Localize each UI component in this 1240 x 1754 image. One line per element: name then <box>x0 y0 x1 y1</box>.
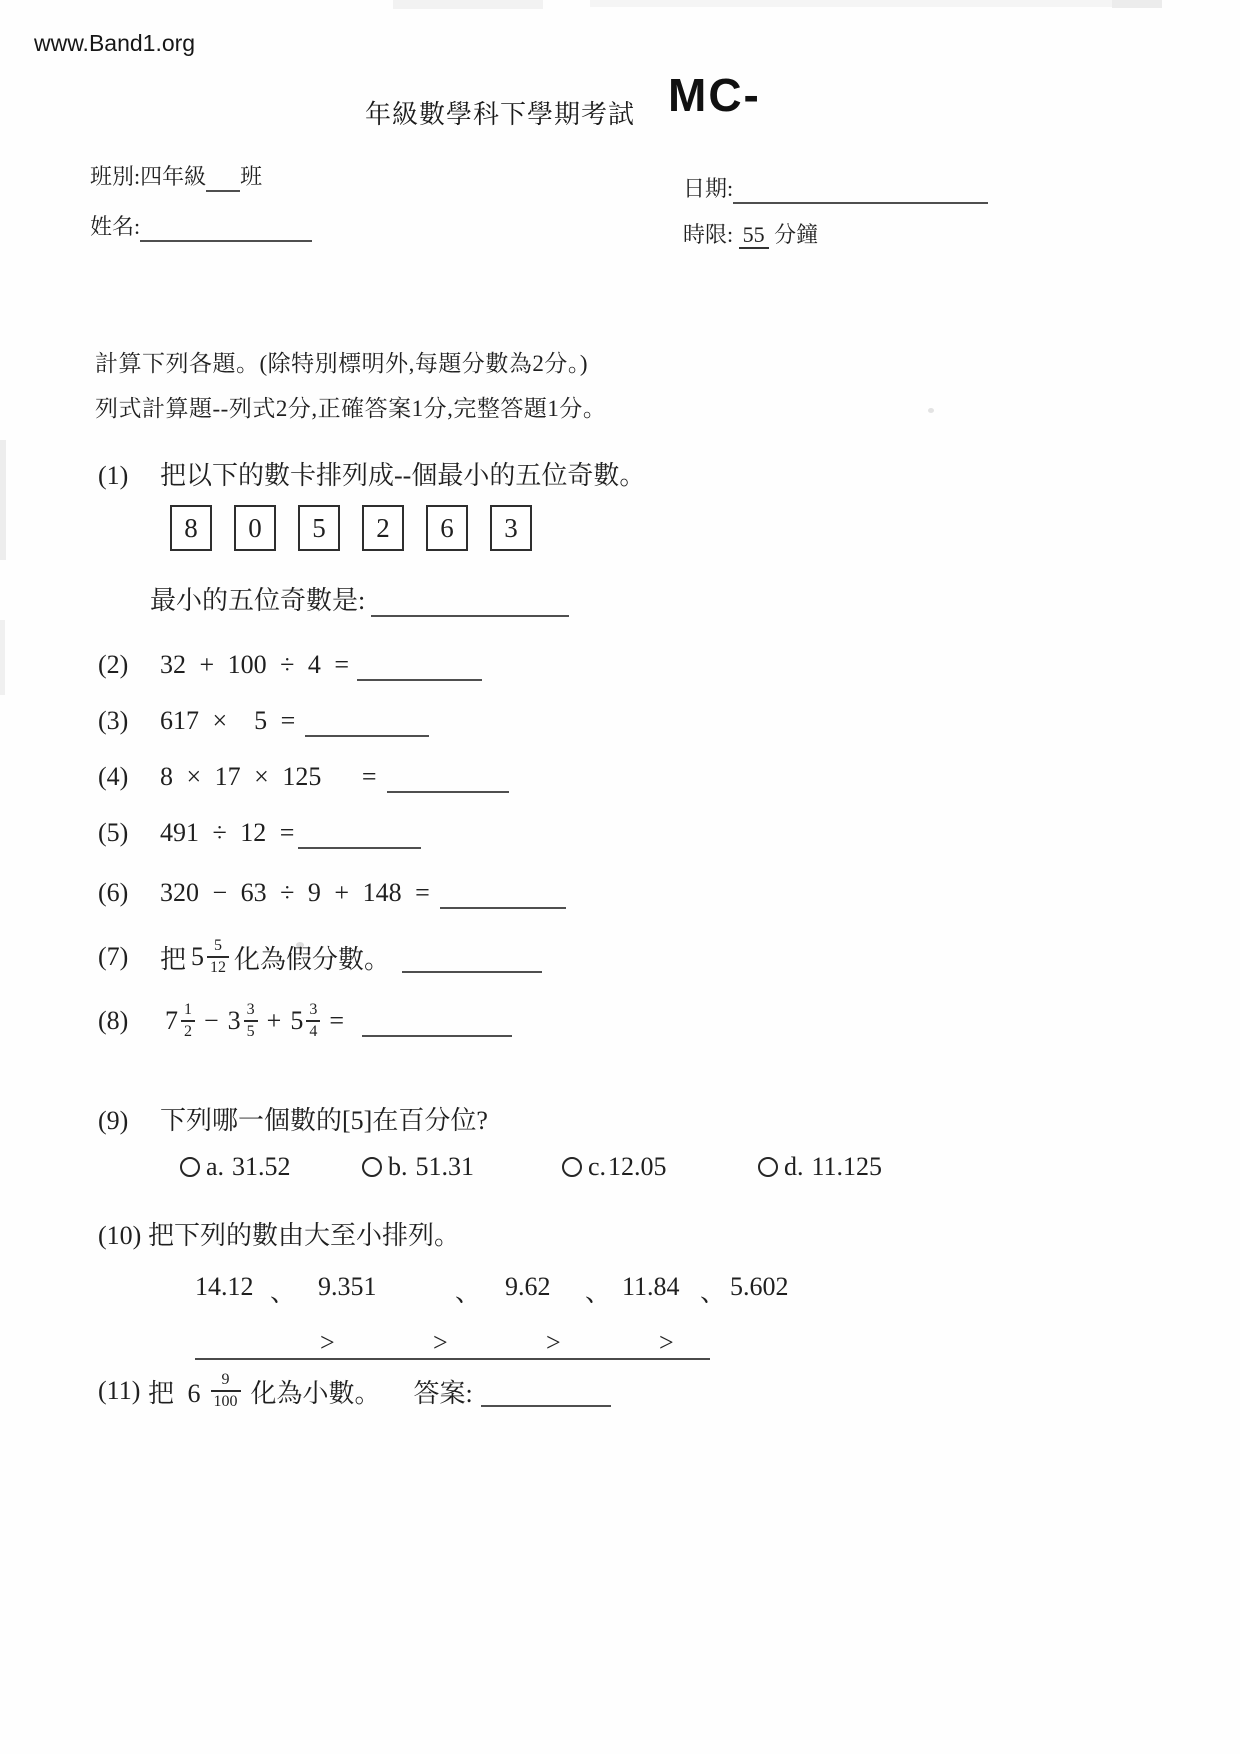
option-c: c.12.05 <box>562 1152 667 1182</box>
fraction-numerator: 3 <box>306 1002 320 1020</box>
fraction-denominator: 12 <box>207 956 229 976</box>
time-limit-unit: 分鐘 <box>774 222 818 247</box>
question-1-text: 把以下的數卡排列成--個最小的五位奇數。 <box>160 461 645 490</box>
fraction-denominator: 2 <box>181 1020 195 1040</box>
question-1-answer-row: 最小的五位奇數是: <box>150 580 569 617</box>
fraction-denominator: 4 <box>306 1020 320 1040</box>
fraction-numerator: 9 <box>219 1372 233 1390</box>
mixed-number: 7 1 2 <box>165 1002 195 1040</box>
number-value: 14.12 <box>195 1272 254 1302</box>
answer-blank <box>195 1358 710 1360</box>
mixed-number: 5 3 4 <box>290 1002 320 1040</box>
whole-number: 7 <box>165 1006 178 1036</box>
question-1: (1)把以下的數卡排列成--個最小的五位奇數。 <box>98 455 645 492</box>
radio-circle-icon <box>758 1157 778 1177</box>
option-b-label: b. <box>388 1152 408 1181</box>
answer-blank <box>298 837 421 849</box>
question-7-prefix: 把 <box>160 939 186 976</box>
question-4-expression: 8 × 17 × 125 = <box>160 762 377 791</box>
answer-blank <box>481 1395 611 1407</box>
question-6: (6)320 − 63 ÷ 9 + 148 = <box>98 878 566 909</box>
question-6-number: (6) <box>98 878 160 908</box>
answer-blank <box>305 725 429 737</box>
question-7: (7) 把 5 5 12 化為假分數。 <box>98 938 542 976</box>
option-b: b.51.31 <box>362 1152 474 1182</box>
enumeration-comma: 、 <box>585 1272 611 1309</box>
class-row: 班別:四年級班 <box>90 160 262 192</box>
fraction: 1 2 <box>181 1002 195 1040</box>
fraction: 3 5 <box>244 1002 258 1040</box>
question-10-number: (10) <box>98 1221 148 1251</box>
greater-than-sign: > <box>546 1328 561 1358</box>
option-a-label: a. <box>206 1152 224 1181</box>
number-value: 9.351 <box>318 1272 377 1302</box>
question-5-number: (5) <box>98 818 160 848</box>
option-c-label: c. <box>588 1152 606 1181</box>
fraction: 9 100 <box>211 1372 241 1410</box>
fraction-denominator: 100 <box>211 1390 241 1410</box>
time-limit-label: 時限: <box>683 222 733 247</box>
question-6-expression: 320 − 63 ÷ 9 + 148 = <box>160 878 430 907</box>
plus-operator: + <box>267 1006 282 1036</box>
enumeration-comma: 、 <box>455 1272 481 1309</box>
question-11-suffix: 化為小數。 <box>251 1373 381 1410</box>
question-8: (8) 7 1 2 − 3 3 5 + 5 3 4 = <box>98 1002 512 1040</box>
whole-number: 3 <box>228 1006 241 1036</box>
answer-blank <box>371 605 569 617</box>
question-4-number: (4) <box>98 762 160 792</box>
question-9-text: 下列哪一個數的[5]在百分位? <box>160 1106 488 1135</box>
question-2: (2)32 + 100 ÷ 4 = <box>98 650 482 681</box>
option-d: d.11.125 <box>758 1152 882 1182</box>
question-2-number: (2) <box>98 650 160 680</box>
question-1-number: (1) <box>98 461 160 491</box>
question-3-number: (3) <box>98 706 160 736</box>
number-card: 0 <box>234 505 276 551</box>
equals-sign: = <box>329 1006 344 1036</box>
question-11-prefix: 把 6 <box>148 1373 201 1410</box>
number-cards: 8 0 5 2 6 3 <box>170 505 532 551</box>
number-card: 3 <box>490 505 532 551</box>
answer-blank <box>362 1025 512 1037</box>
date-row: 日期: <box>683 172 988 204</box>
instruction-line-1: 計算下列各題。(除特別標明外,每題分數為2分。) <box>95 345 588 378</box>
greater-than-sign: > <box>433 1328 448 1358</box>
mixed-number: 3 3 5 <box>228 1002 258 1040</box>
whole-number: 5 <box>290 1006 303 1036</box>
page-title: 年級數學科下學期考試 <box>365 94 635 131</box>
question-5: (5)491 ÷ 12 = <box>98 818 421 849</box>
option-c-value: 12.05 <box>608 1152 667 1181</box>
answer-blank <box>357 669 482 681</box>
question-4: (4)8 × 17 × 125 = <box>98 762 509 793</box>
question-11-answer-label: 答案: <box>414 1373 473 1410</box>
question-8-number: (8) <box>98 1006 160 1036</box>
number-card: 6 <box>426 505 468 551</box>
whole-number: 5 <box>191 942 204 972</box>
question-3: (3)617 × 5 = <box>98 706 429 737</box>
number-card: 2 <box>362 505 404 551</box>
fraction: 5 12 <box>207 938 229 976</box>
radio-circle-icon <box>180 1157 200 1177</box>
fraction-denominator: 5 <box>244 1020 258 1040</box>
greater-than-sign: > <box>320 1328 335 1358</box>
question-11-number: (11) <box>98 1376 148 1406</box>
question-3-expression: 617 × 5 = <box>160 706 295 735</box>
scan-artifact <box>590 0 1135 7</box>
number-value: 5.602 <box>730 1272 789 1302</box>
name-blank <box>140 230 312 242</box>
option-d-label: d. <box>784 1152 804 1181</box>
scan-speck <box>928 408 934 413</box>
question-11: (11) 把 6 9 100 化為小數。 答案: <box>98 1372 611 1410</box>
option-d-value: 11.125 <box>812 1152 883 1181</box>
enumeration-comma: 、 <box>700 1272 726 1309</box>
site-url: www.Band1.org <box>34 30 195 57</box>
question-1-answer-label: 最小的五位奇數是: <box>150 586 365 615</box>
greater-than-sign: > <box>659 1328 674 1358</box>
question-5-expression: 491 ÷ 12 = <box>160 818 294 847</box>
name-row: 姓名: <box>90 210 312 242</box>
question-7-suffix: 化為假分數。 <box>234 939 390 976</box>
question-9: (9)下列哪一個數的[5]在百分位? <box>98 1100 488 1137</box>
number-card: 8 <box>170 505 212 551</box>
class-label: 班別:四年級 <box>90 164 206 189</box>
answer-blank <box>440 897 566 909</box>
number-value: 11.84 <box>622 1272 680 1302</box>
exam-code: MC- <box>668 68 761 122</box>
fraction-numerator: 3 <box>244 1002 258 1020</box>
scan-artifact <box>0 620 5 695</box>
radio-circle-icon <box>562 1157 582 1177</box>
number-value: 9.62 <box>505 1272 551 1302</box>
enumeration-comma: 、 <box>270 1272 296 1309</box>
scan-artifact <box>393 0 543 9</box>
date-blank <box>733 192 988 204</box>
question-10: (10)把下列的數由大至小排列。 <box>98 1215 460 1252</box>
option-a-value: 31.52 <box>232 1152 291 1181</box>
exam-paper-page: www.Band1.org 年級數學科下學期考試 MC- 班別:四年級班 姓名:… <box>0 0 1240 1754</box>
answer-blank <box>402 961 542 973</box>
instruction-line-2: 列式計算題--列式2分,正確答案1分,完整答題1分。 <box>95 390 606 423</box>
fraction-numerator: 5 <box>211 938 225 956</box>
option-a: a.31.52 <box>180 1152 291 1182</box>
name-label: 姓名: <box>90 214 140 239</box>
date-label: 日期: <box>683 176 733 201</box>
question-10-text: 把下列的數由大至小排列。 <box>148 1221 460 1250</box>
scan-artifact <box>0 440 6 560</box>
class-suffix: 班 <box>240 164 262 189</box>
time-limit-value: 55 <box>739 222 769 249</box>
radio-circle-icon <box>362 1157 382 1177</box>
minus-operator: − <box>204 1006 219 1036</box>
question-9-options: a.31.52 b.51.31 c.12.05 d.11.125 <box>180 1152 940 1188</box>
question-9-number: (9) <box>98 1106 160 1136</box>
time-row: 時限: 55 分鐘 <box>683 218 818 249</box>
number-card: 5 <box>298 505 340 551</box>
question-7-number: (7) <box>98 942 160 972</box>
question-10-numbers: 14.12 、 9.351 、 9.62 、 11.84 、 5.602 <box>0 1272 1240 1306</box>
scan-artifact <box>1112 0 1162 8</box>
option-b-value: 51.31 <box>416 1152 475 1181</box>
class-blank <box>206 180 240 192</box>
answer-blank <box>387 781 509 793</box>
question-2-expression: 32 + 100 ÷ 4 = <box>160 650 349 679</box>
mixed-number: 5 5 12 <box>191 938 229 976</box>
fraction-numerator: 1 <box>181 1002 195 1020</box>
fraction: 3 4 <box>306 1002 320 1040</box>
